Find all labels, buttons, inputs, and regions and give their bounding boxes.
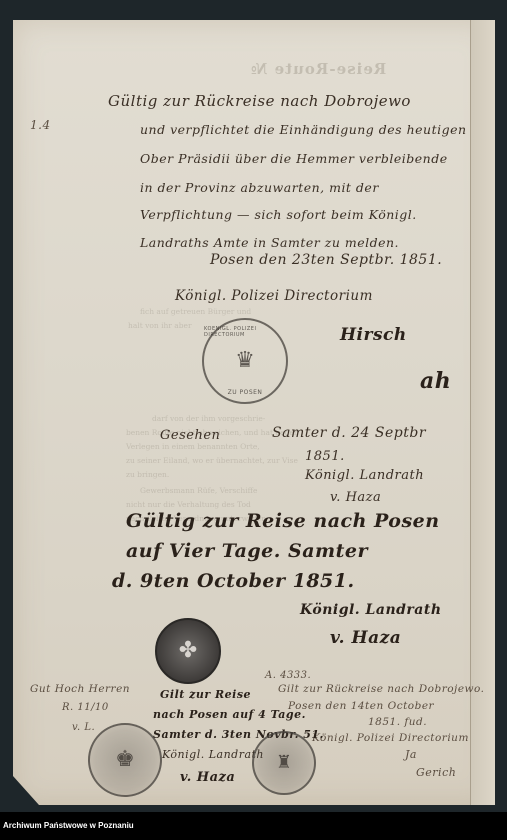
entry-4-line: Gilt zur Rückreise nach Dobrojewo. xyxy=(278,683,485,695)
landrath-stamp: ♚ xyxy=(88,723,162,797)
printed-text: Gewerbsmann Rüfe, Verschiffe xyxy=(140,484,257,498)
entry-5-authority: Königl. Landrath xyxy=(162,748,264,761)
black-seal-stamp: ✤ xyxy=(155,618,221,684)
printed-text: fich auf getreuen Bürger und xyxy=(140,305,251,319)
entry-4-number: A. 4333. xyxy=(265,670,311,681)
entry-2-label: Gesehen xyxy=(160,428,220,443)
printed-header: Reise-Route № xyxy=(250,60,386,78)
entry-4-authority: Königl. Polizei Directorium xyxy=(312,732,469,744)
eagle-crest-icon: ♚ xyxy=(115,749,135,771)
entry-1-signature: Hirsch xyxy=(340,325,407,345)
archive-footer: Archiwum Państwowe w Poznaniu xyxy=(0,812,507,840)
stamp-ring-text: KOENIGL. POLIZEI DIRECTORIUM xyxy=(204,326,286,338)
entry-4-line: 1851. fud. xyxy=(368,716,427,728)
entry-1-line: Ober Präsidii über die Hemmer verbleiben… xyxy=(140,151,448,166)
entry-6-line: Gut Hoch Herren xyxy=(30,683,130,695)
entry-3-signature: v. Haza xyxy=(330,628,401,648)
entry-1-line: Verpflichtung — sich sofort beim Königl. xyxy=(140,207,417,222)
entry-2-signature: v. Haza xyxy=(330,490,381,505)
entry-4-signature: Ja xyxy=(405,748,417,761)
police-directorium-stamp: KOENIGL. POLIZEI DIRECTORIUM ♛ ZU POSEN xyxy=(202,318,288,404)
eagle-crest-icon: ♛ xyxy=(235,350,255,372)
entry-2-authority: Königl. Landrath xyxy=(305,468,424,483)
figure-crest-icon: ♜ xyxy=(276,754,292,772)
entry-1-line: Landraths Amte in Samter zu melden. xyxy=(140,235,399,250)
entry-6-line: v. L. xyxy=(72,722,95,733)
printed-text: halt von ihr aber xyxy=(128,319,192,333)
entry-6-line: R. 11/10 xyxy=(62,702,109,713)
entry-1-line: Gültig zur Rückreise nach Dobrojewo xyxy=(108,92,411,110)
document-viewer: Reise-Route № fich auf getreuen Bürger u… xyxy=(0,0,507,812)
small-round-stamp: ♜ xyxy=(252,731,316,795)
stamp-bottom-text: ZU POSEN xyxy=(228,389,263,396)
entry-5-line: Gilt zur Reise xyxy=(160,688,251,701)
entry-3-line: Gültig zur Reise nach Posen xyxy=(126,510,440,532)
entry-2-place-date: Samter d. 24 Septbr xyxy=(272,425,426,441)
entry-5-signature: v. Haza xyxy=(180,770,235,785)
crest-icon: ✤ xyxy=(179,640,197,662)
entry-1-signature-2: ah xyxy=(420,368,451,394)
printed-text: zu seiner Eiland, wo er übernachtet, zur… xyxy=(126,454,298,468)
entry-3-line: d. 9ten October 1851. xyxy=(112,570,355,592)
entry-1-line: in der Provinz abzuwarten, mit der xyxy=(140,180,379,195)
entry-1-place-date: Posen den 23ten Septbr. 1851. xyxy=(210,252,442,268)
printed-text: darf von der ihm vorgeschrie- xyxy=(152,412,265,426)
entry-5-line: nach Posen auf 4 Tage. xyxy=(153,708,306,721)
entry-3-authority: Königl. Landrath xyxy=(300,602,442,618)
entry-4-line: Posen den 14ten October xyxy=(288,700,434,712)
entry-1-authority: Königl. Polizei Directorium xyxy=(175,288,373,304)
entry-4-signature: Gerich xyxy=(416,766,456,779)
margin-number: 1.4 xyxy=(30,118,51,132)
printed-text: zu bringen. xyxy=(126,468,169,482)
entry-3-line: auf Vier Tage. Samter xyxy=(126,540,368,562)
entry-2-year: 1851. xyxy=(305,449,345,464)
entry-1-line: und verpflichtet die Einhändigung des he… xyxy=(140,122,467,137)
archive-caption: Archiwum Państwowe w Poznaniu xyxy=(3,821,134,830)
